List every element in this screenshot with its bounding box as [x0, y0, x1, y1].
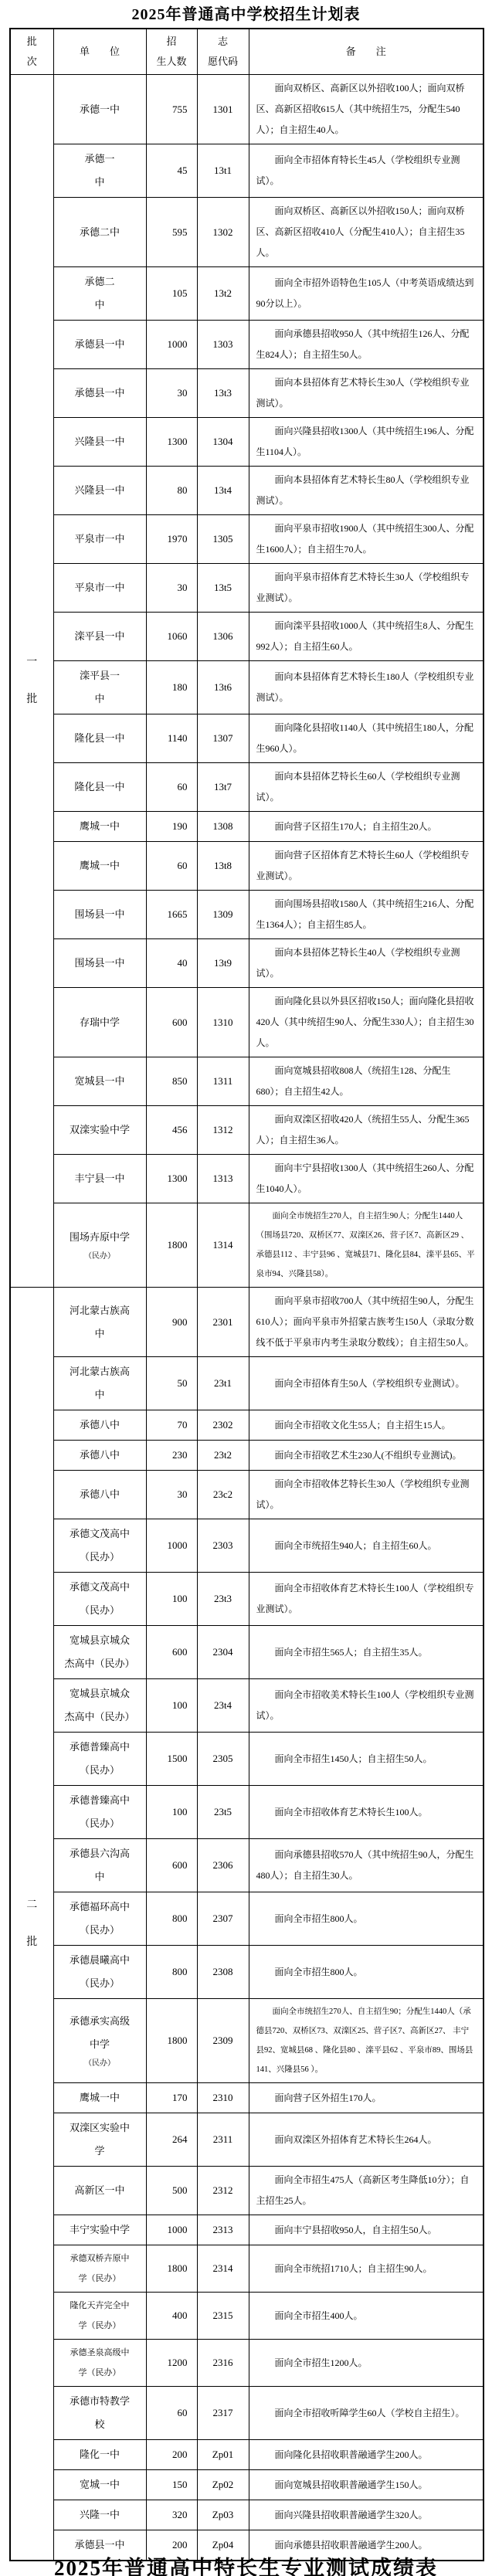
- table-row: 承德二中5951302面向双桥区、高新区以外招收150人；面向双桥区、高新区招收…: [10, 198, 484, 267]
- note-cell: 面向营子区外招生170人。: [249, 2083, 484, 2113]
- count-cell: 230: [146, 1441, 197, 1471]
- unit-name: 承德八中: [56, 1444, 144, 1467]
- code-cell: 13t3: [197, 369, 249, 418]
- count-cell: 1000: [146, 2215, 197, 2245]
- note-cell: 面向全市招体育特长生45人（学校组织专业测试）。: [249, 144, 484, 198]
- count-cell: 1665: [146, 891, 197, 939]
- note-cell: 面向滦平县招收1000人（其中统招生8人、分配生992人）；自主招生60人。: [249, 613, 484, 661]
- table-row: 双滦区实验中 学2642311面向双滦区外招体育艺术特长生264人。: [10, 2113, 484, 2167]
- note-cell: 面向全市招生800人。: [249, 1892, 484, 1946]
- table-row: 承德文茂高中 （民办）10023t3面向全市招收体育艺术特长生100人（学校组织…: [10, 1573, 484, 1626]
- unit-cell: 承德普臻高中 （民办）: [53, 1786, 146, 1839]
- unit-cell: 滦平县一 中: [53, 661, 146, 714]
- unit-name: 双滦实验中学: [56, 1118, 144, 1142]
- note-cell: 面向本县招体育艺术特长生80人（学校组织专业测试）。: [249, 467, 484, 515]
- count-cell: 1140: [146, 714, 197, 763]
- table-row: 隆化天卉完全中 学（民办）4002315面向全市招生400人。: [10, 2293, 484, 2340]
- count-cell: 60: [146, 2387, 197, 2440]
- table-row: 鹰城一中6013t8面向营子区招体育艺术特长生60人（学校组织专业测试）。: [10, 842, 484, 891]
- code-cell: 13t6: [197, 661, 249, 714]
- note-cell: 面向双桥区、高新区以外招收150人；面向双桥区、高新区招收410人（分配生410…: [249, 198, 484, 267]
- header-cell-count: 招 生人数: [146, 29, 197, 75]
- unit-cell: 兴隆县一中: [53, 467, 146, 515]
- count-cell: 1800: [146, 1203, 197, 1288]
- table-row: 围场卉原中学（民办）18001314面向全市统招生270人，自主招生90人；分配…: [10, 1203, 484, 1288]
- note-cell: 面向平泉市招体育艺术特长生30人（学校组织专业测试）。: [249, 564, 484, 613]
- table-row: 存瑞中学6001310面向隆化县以外县区招收150人；面向隆化县招收420人（其…: [10, 988, 484, 1057]
- count-cell: 500: [146, 2167, 197, 2215]
- table-row: 承德八中702302面向全市招收文化生55人；自主招生15人。: [10, 1410, 484, 1441]
- unit-cell: 宽城一中: [53, 2470, 146, 2500]
- code-cell: 2313: [197, 2215, 249, 2245]
- table-row: 兴隆县一中13001304面向兴隆县招收1300人（其中统招生196人、分配生1…: [10, 418, 484, 467]
- table-row: 宽城县一中8501311面向宽城县招收808人（统招生128、分配生680）；自…: [10, 1057, 484, 1106]
- code-cell: 2308: [197, 1946, 249, 1999]
- unit-cell: 承德八中: [53, 1410, 146, 1441]
- note-cell: 面向承德县招收950人（其中统招生126人、分配生824人）；自主招生50人。: [249, 321, 484, 369]
- unit-name: 兴隆县一中: [56, 430, 144, 453]
- code-cell: 1311: [197, 1057, 249, 1106]
- code-cell: 1308: [197, 812, 249, 842]
- count-cell: 190: [146, 812, 197, 842]
- footer-heading: 2025年普通高中特长生专业测试成绩表: [0, 2555, 492, 2576]
- table-row: 鹰城一中1702310面向营子区外招生170人。: [10, 2083, 484, 2113]
- count-cell: 1500: [146, 1733, 197, 1786]
- code-cell: 13t7: [197, 763, 249, 812]
- count-cell: 180: [146, 661, 197, 714]
- note-cell: 面向丰宁县招收1300人（其中统招生260人、分配生1040人）。: [249, 1155, 484, 1203]
- note-cell: 面向本县招体育艺术特长生30人（学校组织专业测试）。: [249, 369, 484, 418]
- note-cell: 面向全市招生400人。: [249, 2293, 484, 2340]
- unit-name: 承德县一中: [56, 2534, 144, 2557]
- note-cell: 面向全市招生565人；自主招生35人。: [249, 1626, 484, 1679]
- code-cell: 13t1: [197, 144, 249, 198]
- count-cell: 320: [146, 2500, 197, 2530]
- note-cell: 面向全市招收文化生55人；自主招生15人。: [249, 1410, 484, 1441]
- unit-cell: 存瑞中学: [53, 988, 146, 1057]
- unit-name: 承德二 中: [56, 270, 144, 317]
- unit-cell: 丰宁实验中学: [53, 2215, 146, 2245]
- unit-name: 鹰城一中: [56, 815, 144, 838]
- count-cell: 30: [146, 369, 197, 418]
- unit-cell: 鹰城一中: [53, 842, 146, 891]
- unit-cell: 承德福环高中 （民办）: [53, 1892, 146, 1946]
- unit-cell: 承德八中: [53, 1471, 146, 1519]
- count-cell: 456: [146, 1106, 197, 1155]
- table-row: 河北蒙古族高 中5023t1面向全市招体育生50人（学校组织专业测试）。: [10, 1357, 484, 1410]
- unit-cell: 围场卉原中学（民办）: [53, 1203, 146, 1288]
- unit-name: 鹰城一中: [56, 2086, 144, 2109]
- unit-cell: 承德圣泉高级中 学（民办）: [53, 2340, 146, 2387]
- header-cell-unit: 单 位: [53, 29, 146, 75]
- code-cell: 1314: [197, 1203, 249, 1288]
- unit-name: 承德一中: [56, 98, 144, 121]
- unit-cell: 承德八中: [53, 1441, 146, 1471]
- note-cell: 面向隆化县以外县区招收150人；面向隆化县招收420人（其中统招生90人、分配生…: [249, 988, 484, 1057]
- unit-cell: 兴隆县一中: [53, 418, 146, 467]
- count-cell: 105: [146, 267, 197, 321]
- unit-name: 承德市特教学 校: [56, 2390, 144, 2436]
- count-cell: 595: [146, 198, 197, 267]
- unit-cell: 承德文茂高中 （民办）: [53, 1519, 146, 1573]
- table-row: 平泉市一中3013t5面向平泉市招体育艺术特长生30人（学校组织专业测试）。: [10, 564, 484, 613]
- unit-name: 承德普臻高中 （民办）: [56, 1736, 144, 1782]
- count-cell: 600: [146, 988, 197, 1057]
- table-row: 承德二 中10513t2面向全市招外语特色生105人（中考英语成绩达到90分以上…: [10, 267, 484, 321]
- code-cell: 1310: [197, 988, 249, 1057]
- code-cell: 23t3: [197, 1573, 249, 1626]
- unit-cell: 隆化一中: [53, 2440, 146, 2470]
- unit-cell: 隆化天卉完全中 学（民办）: [53, 2293, 146, 2340]
- note-cell: 面向全市招体育生50人（学校组织专业测试）。: [249, 1357, 484, 1410]
- table-row: 承德晨曦高中 （民办）8002308面向全市招生800人。: [10, 1946, 484, 1999]
- note-cell: 面向全市招生800人。: [249, 1946, 484, 1999]
- code-cell: Zp03: [197, 2500, 249, 2530]
- count-cell: 600: [146, 1839, 197, 1892]
- count-cell: 1060: [146, 613, 197, 661]
- unit-name: 承德晨曦高中 （民办）: [56, 1949, 144, 1995]
- count-cell: 1800: [146, 2245, 197, 2293]
- unit-cell: 承德文茂高中 （民办）: [53, 1573, 146, 1626]
- table-row: 滦平县一 中18013t6面向本县招体育艺术特长生180人（学校组织专业测试）。: [10, 661, 484, 714]
- note-cell: 面向全市招生1200人。: [249, 2340, 484, 2387]
- note-cell: 面向围场县招收1580人（其中统招生216人、分配生1364人）；自主招生85人…: [249, 891, 484, 939]
- count-cell: 150: [146, 2470, 197, 2500]
- code-cell: 23t1: [197, 1357, 249, 1410]
- unit-cell: 围场县一中: [53, 891, 146, 939]
- unit-name: 高新区一中: [56, 2179, 144, 2202]
- count-cell: 755: [146, 75, 197, 144]
- unit-name: 承德县一中: [56, 333, 144, 356]
- unit-name: 滦平县一 中: [56, 664, 144, 711]
- code-cell: 13t8: [197, 842, 249, 891]
- header-cell-batch: 批 次: [10, 29, 53, 75]
- table-row: 承德一 中4513t1面向全市招体育特长生45人（学校组织专业测试）。: [10, 144, 484, 198]
- count-cell: 80: [146, 467, 197, 515]
- table-row: 隆化县一中6013t7面向本县招体艺特长生60人（学校组织专业测试）。: [10, 763, 484, 812]
- unit-name: 承德文茂高中 （民办）: [56, 1576, 144, 1622]
- unit-name: 承德双桥卉原中 学（民办）: [56, 2248, 144, 2289]
- unit-cell: 高新区一中: [53, 2167, 146, 2215]
- unit-name: 围场县一中: [56, 903, 144, 926]
- count-cell: 800: [146, 1946, 197, 1999]
- note-cell: 面向双桥区、高新区以外招收100人；面向双桥区、高新区招收615人（其中统招生7…: [249, 75, 484, 144]
- note-cell: 面向本县招体艺特长生40人（学校组织专业测试）。: [249, 939, 484, 988]
- table-row: 滦平县一中10601306面向滦平县招收1000人（其中统招生8人、分配生992…: [10, 613, 484, 661]
- count-cell: 45: [146, 144, 197, 198]
- code-cell: 2312: [197, 2167, 249, 2215]
- code-cell: 1302: [197, 198, 249, 267]
- table-row: 隆化县一中11401307面向隆化县招收1140人（其中统招生180人，分配生9…: [10, 714, 484, 763]
- note-cell: 面向全市招收体育艺术特长生100人。: [249, 1786, 484, 1839]
- count-cell: 1800: [146, 1999, 197, 2083]
- code-cell: Zp01: [197, 2440, 249, 2470]
- unit-name: 隆化县一中: [56, 776, 144, 799]
- note-cell: 面向全市统招1710人；自主招生90人。: [249, 2245, 484, 2293]
- unit-cell: 丰宁县一中: [53, 1155, 146, 1203]
- table-row: 围场县一中4013t9面向本县招体艺特长生40人（学校组织专业测试）。: [10, 939, 484, 988]
- plan-table: 批 次 单 位 招 生人数 志 愿代码 备 注 一 批承德一中7551301面向…: [9, 28, 484, 2561]
- unit-name: 河北蒙古族高 中: [56, 1360, 144, 1407]
- code-cell: 2305: [197, 1733, 249, 1786]
- unit-cell: 隆化县一中: [53, 714, 146, 763]
- unit-name: 隆化一中: [56, 2443, 144, 2466]
- unit-cell: 隆化县一中: [53, 763, 146, 812]
- note-cell: 面向隆化县招收职普融通学生200人。: [249, 2440, 484, 2470]
- table-row: 承德市特教学 校602317面向全市招收听障学生60人（学校自主招生）。: [10, 2387, 484, 2440]
- unit-name: 宽城县京城众 杰高中（民办）: [56, 1682, 144, 1729]
- unit-cell: 滦平县一中: [53, 613, 146, 661]
- note-cell: 面向全市招收艺术生230人(不组织专业测试)。: [249, 1441, 484, 1471]
- unit-name: 承德一 中: [56, 148, 144, 194]
- unit-cell: 双滦实验中学: [53, 1106, 146, 1155]
- unit-cell: 河北蒙古族高 中: [53, 1357, 146, 1410]
- table-row: 围场县一中16651309面向围场县招收1580人（其中统招生216人、分配生1…: [10, 891, 484, 939]
- count-cell: 900: [146, 1288, 197, 1357]
- code-cell: 1309: [197, 891, 249, 939]
- unit-cell: 鹰城一中: [53, 812, 146, 842]
- table-row: 宽城县京城众 杰高中（民办）10023t4面向全市招收美术特长生100人（学校组…: [10, 1679, 484, 1733]
- code-cell: 2304: [197, 1626, 249, 1679]
- unit-cell: 宽城县京城众 杰高中（民办）: [53, 1679, 146, 1733]
- table-row: 宽城县京城众 杰高中（民办）6002304面向全市招生565人；自主招生35人。: [10, 1626, 484, 1679]
- note-cell: 面向宽城县招收职普融通学生150人。: [249, 2470, 484, 2500]
- unit-cell: 围场县一中: [53, 939, 146, 988]
- code-cell: 1305: [197, 515, 249, 564]
- note-cell: 面向隆化县招收1140人（其中统招生180人，分配生960人）。: [249, 714, 484, 763]
- note-cell: 面向营子区招体育艺术特长生60人（学校组织专业测试）。: [249, 842, 484, 891]
- table-row: 承德八中23023t2面向全市招收艺术生230人(不组织专业测试)。: [10, 1441, 484, 1471]
- table-row: 隆化一中200Zp01面向隆化县招收职普融通学生200人。: [10, 2440, 484, 2470]
- unit-name: 承德圣泉高级中 学（民办）: [56, 2343, 144, 2383]
- unit-cell: 承德二中: [53, 198, 146, 267]
- unit-cell: 宽城县一中: [53, 1057, 146, 1106]
- note-cell: 面向全市招生1450人；自主招生50人。: [249, 1733, 484, 1786]
- note-cell: 面向本县招体艺特长生60人（学校组织专业测试）。: [249, 763, 484, 812]
- count-cell: 1000: [146, 321, 197, 369]
- unit-name: 承德二中: [56, 221, 144, 244]
- count-cell: 1300: [146, 418, 197, 467]
- code-cell: 2301: [197, 1288, 249, 1357]
- code-cell: 23t4: [197, 1679, 249, 1733]
- unit-name: 河北蒙古族高 中: [56, 1299, 144, 1346]
- unit-name: 丰宁县一中: [56, 1167, 144, 1190]
- header-cell-note: 备 注: [249, 29, 484, 75]
- table-row: 宽城一中150Zp02面向宽城县招收职普融通学生150人。: [10, 2470, 484, 2500]
- count-cell: 100: [146, 1679, 197, 1733]
- unit-name: 承德普臻高中 （民办）: [56, 1789, 144, 1835]
- unit-name: 承德文茂高中 （民办）: [56, 1522, 144, 1569]
- unit-name: 平泉市一中: [56, 528, 144, 551]
- count-cell: 800: [146, 1892, 197, 1946]
- unit-cell: 鹰城一中: [53, 2083, 146, 2113]
- count-cell: 200: [146, 2440, 197, 2470]
- unit-cell: 双滦区实验中 学: [53, 2113, 146, 2167]
- table-row: 兴隆县一中8013t4面向本县招体育艺术特长生80人（学校组织专业测试）。: [10, 467, 484, 515]
- note-cell: 面向全市招收美术特长生100人（学校组织专业测试）。: [249, 1679, 484, 1733]
- table-row: 鹰城一中1901308面向营子区招生170人；自主招生20人。: [10, 812, 484, 842]
- table-row: 丰宁实验中学10002313面向丰宁县招收950人，自主招生50人。: [10, 2215, 484, 2245]
- code-cell: 13t4: [197, 467, 249, 515]
- code-cell: 13t9: [197, 939, 249, 988]
- table-row: 承德福环高中 （民办）8002307面向全市招生800人。: [10, 1892, 484, 1946]
- count-cell: 600: [146, 1626, 197, 1679]
- unit-name: 宽城县京城众 杰高中（民办）: [56, 1629, 144, 1675]
- note-cell: 面向全市招收听障学生60人（学校自主招生）。: [249, 2387, 484, 2440]
- unit-name: 宽城一中: [56, 2473, 144, 2496]
- note-cell: 面向全市统招生270人、自主招生90；分配生1440人（承德县720、双桥区73…: [249, 1999, 484, 2083]
- table-row: 承德承实高级 中学（民办）18002309面向全市统招生270人、自主招生90；…: [10, 1999, 484, 2083]
- note-cell: 面向营子区招生170人；自主招生20人。: [249, 812, 484, 842]
- header-row: 批 次 单 位 招 生人数 志 愿代码 备 注: [10, 29, 484, 75]
- code-cell: 2316: [197, 2340, 249, 2387]
- count-cell: 1970: [146, 515, 197, 564]
- unit-name: 承德县六沟高 中: [56, 1842, 144, 1889]
- code-cell: 2302: [197, 1410, 249, 1441]
- note-cell: 面向双滦区外招体育艺术特长生264人。: [249, 2113, 484, 2167]
- code-cell: 23t5: [197, 1786, 249, 1839]
- code-cell: 1306: [197, 613, 249, 661]
- count-cell: 100: [146, 1573, 197, 1626]
- table-row: 一 批承德一中7551301面向双桥区、高新区以外招收100人；面向双桥区、高新…: [10, 75, 484, 144]
- count-cell: 1300: [146, 1155, 197, 1203]
- unit-cell: 宽城县京城众 杰高中（民办）: [53, 1626, 146, 1679]
- note-cell: 面向全市招收体艺特长生30人（学校组织专业测试）。: [249, 1471, 484, 1519]
- count-cell: 264: [146, 2113, 197, 2167]
- note-cell: 面向全市招外语特色生105人（中考英语成绩达到90分以上）。: [249, 267, 484, 321]
- plan-table-body: 一 批承德一中7551301面向双桥区、高新区以外招收100人；面向双桥区、高新…: [10, 75, 484, 2561]
- count-cell: 850: [146, 1057, 197, 1106]
- unit-name: 围场卉原中学: [56, 1226, 144, 1249]
- code-cell: 1303: [197, 321, 249, 369]
- code-cell: 2315: [197, 2293, 249, 2340]
- count-cell: 70: [146, 1410, 197, 1441]
- batch-cell: 二 批: [10, 1288, 53, 2561]
- count-cell: 30: [146, 564, 197, 613]
- unit-cell: 承德晨曦高中 （民办）: [53, 1946, 146, 1999]
- unit-cell: 承德一 中: [53, 144, 146, 198]
- unit-cell: 平泉市一中: [53, 564, 146, 613]
- table-row: 高新区一中5002312面向全市招生475人（高新区考生降低10分）；自主招生2…: [10, 2167, 484, 2215]
- unit-cell: 承德双桥卉原中 学（民办）: [53, 2245, 146, 2293]
- table-row: 承德八中3023c2面向全市招收体艺特长生30人（学校组织专业测试）。: [10, 1471, 484, 1519]
- table-row: 平泉市一中19701305面向平泉市招收1900人（其中统招生300人、分配生1…: [10, 515, 484, 564]
- code-cell: 2310: [197, 2083, 249, 2113]
- unit-cell: 承德一中: [53, 75, 146, 144]
- page-title: 2025年普通高中学校招生计划表: [0, 0, 492, 24]
- unit-cell: 河北蒙古族高 中: [53, 1288, 146, 1357]
- table-row: 承德双桥卉原中 学（民办）18002314面向全市统招1710人；自主招生90人…: [10, 2245, 484, 2293]
- note-cell: 面向全市招收体育艺术特长生100人（学校组织专业测试）。: [249, 1573, 484, 1626]
- note-cell: 面向全市统招生940人；自主招生60人。: [249, 1519, 484, 1573]
- unit-name: 存瑞中学: [56, 1011, 144, 1034]
- unit-name: 滦平县一中: [56, 625, 144, 648]
- unit-name: 承德八中: [56, 1414, 144, 1437]
- unit-name: 承德县一中: [56, 382, 144, 405]
- unit-name: 丰宁实验中学: [56, 2218, 144, 2242]
- count-cell: 100: [146, 1786, 197, 1839]
- code-cell: 2311: [197, 2113, 249, 2167]
- code-cell: 13t5: [197, 564, 249, 613]
- note-cell: 面向兴隆县招收1300人（其中统招生196人、分配生1104人）。: [249, 418, 484, 467]
- code-cell: 1301: [197, 75, 249, 144]
- unit-cell: 兴隆一中: [53, 2500, 146, 2530]
- table-row: 兴隆一中320Zp03面向兴隆县招收职普融通学生320人。: [10, 2500, 484, 2530]
- table-row: 二 批河北蒙古族高 中9002301面向平泉市招收700人（其中统招生90人，分…: [10, 1288, 484, 1357]
- code-cell: 1312: [197, 1106, 249, 1155]
- note-cell: 面向本县招体育艺术特长生180人（学校组织专业测试）。: [249, 661, 484, 714]
- unit-name: 鹰城一中: [56, 854, 144, 877]
- code-cell: 1307: [197, 714, 249, 763]
- table-row: 双滦实验中学4561312面向双滦区招收420人（统招生55人、分配生365人）…: [10, 1106, 484, 1155]
- code-cell: 2317: [197, 2387, 249, 2440]
- table-row: 承德圣泉高级中 学（民办）12002316面向全市招生1200人。: [10, 2340, 484, 2387]
- count-cell: 60: [146, 763, 197, 812]
- table-row: 承德县一中3013t3面向本县招体育艺术特长生30人（学校组织专业测试）。: [10, 369, 484, 418]
- unit-name: 承德八中: [56, 1483, 144, 1506]
- unit-name: 承德福环高中 （民办）: [56, 1896, 144, 1942]
- count-cell: 1000: [146, 1519, 197, 1573]
- unit-cell: 承德普臻高中 （民办）: [53, 1733, 146, 1786]
- header-cell-code: 志 愿代码: [197, 29, 249, 75]
- code-cell: 23t2: [197, 1441, 249, 1471]
- code-cell: 1313: [197, 1155, 249, 1203]
- note-cell: 面向全市统招生270人，自主招生90人；分配生1440人（围场县720、双桥区7…: [249, 1203, 484, 1288]
- unit-cell: 承德县一中: [53, 369, 146, 418]
- unit-cell: 承德县一中: [53, 321, 146, 369]
- note-cell: 面向兴隆县招收职普融通学生320人。: [249, 2500, 484, 2530]
- note-cell: 面向全市招生475人（高新区考生降低10分）；自主招生25人。: [249, 2167, 484, 2215]
- batch-cell: 一 批: [10, 75, 53, 1288]
- unit-cell: 承德市特教学 校: [53, 2387, 146, 2440]
- unit-cell: 承德县六沟高 中: [53, 1839, 146, 1892]
- unit-cell: 平泉市一中: [53, 515, 146, 564]
- count-cell: 50: [146, 1357, 197, 1410]
- code-cell: 1304: [197, 418, 249, 467]
- unit-name: 隆化天卉完全中 学（民办）: [56, 2296, 144, 2336]
- code-cell: 2306: [197, 1839, 249, 1892]
- page: 2025年普通高中学校招生计划表 批 次 单 位 招 生人数 志 愿代码 备 注…: [0, 0, 492, 2561]
- code-cell: Zp02: [197, 2470, 249, 2500]
- table-row: 承德县六沟高 中6002306面向承德县招收570人（其中统招生90人，分配生4…: [10, 1839, 484, 1892]
- note-cell: 面向平泉市招收700人（其中统招生90人，分配生610人）；面向平泉市外招蒙古族…: [249, 1288, 484, 1357]
- unit-name: 隆化县一中: [56, 727, 144, 750]
- count-cell: 60: [146, 842, 197, 891]
- unit-name: 平泉市一中: [56, 576, 144, 599]
- note-cell: 面向丰宁县招收950人，自主招生50人。: [249, 2215, 484, 2245]
- note-cell: 面向双滦区招收420人（统招生55人、分配生365人）；自主招生36人。: [249, 1106, 484, 1155]
- unit-name: 兴隆一中: [56, 2503, 144, 2527]
- unit-name: 宽城县一中: [56, 1070, 144, 1093]
- note-cell: 面向宽城县招收808人（统招生128、分配生680）；自主招生42人。: [249, 1057, 484, 1106]
- code-cell: 2309: [197, 1999, 249, 2083]
- code-cell: 13t2: [197, 267, 249, 321]
- count-cell: 170: [146, 2083, 197, 2113]
- unit-name: 兴隆县一中: [56, 479, 144, 502]
- table-row: 承德普臻高中 （民办）10023t5面向全市招收体育艺术特长生100人。: [10, 1786, 484, 1839]
- code-cell: 23c2: [197, 1471, 249, 1519]
- table-row: 承德文茂高中 （民办）10002303面向全市统招生940人；自主招生60人。: [10, 1519, 484, 1573]
- table-row: 承德普臻高中 （民办）15002305面向全市招生1450人；自主招生50人。: [10, 1733, 484, 1786]
- note-cell: 面向承德县招收570人（其中统招生90人，分配生480人）；自主招生30人。: [249, 1839, 484, 1892]
- unit-cell: 承德二 中: [53, 267, 146, 321]
- count-cell: 30: [146, 1471, 197, 1519]
- count-cell: 40: [146, 939, 197, 988]
- count-cell: 400: [146, 2293, 197, 2340]
- unit-subname: （民办）: [56, 1249, 144, 1264]
- unit-name: 承德承实高级 中学: [56, 2010, 144, 2056]
- table-row: 丰宁县一中13001313面向丰宁县招收1300人（其中统招生260人、分配生1…: [10, 1155, 484, 1203]
